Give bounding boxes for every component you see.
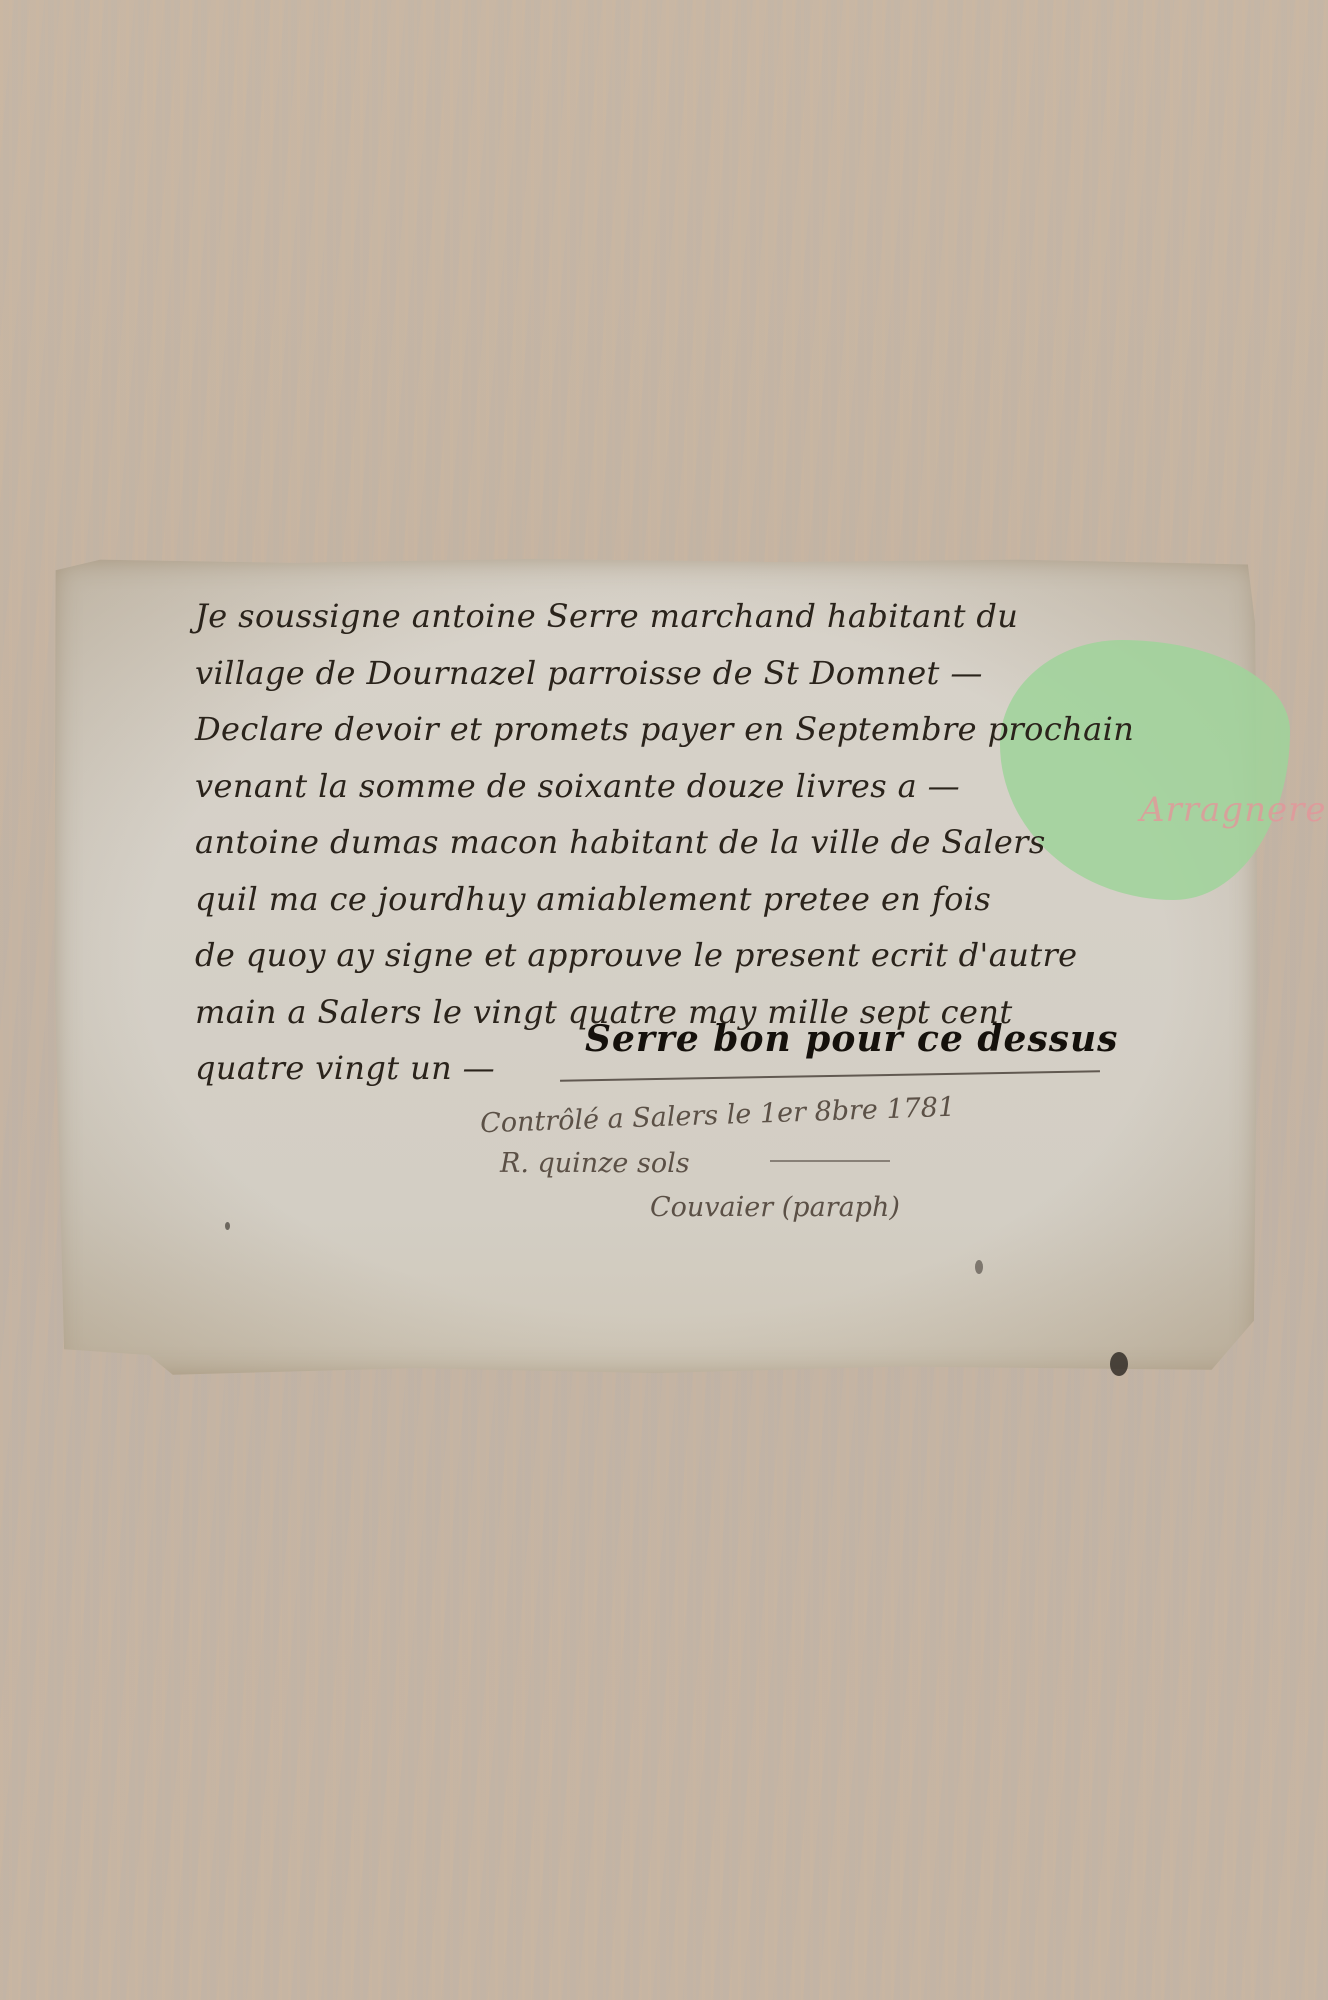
- body-line: antoine dumas macon habitant de la ville…: [195, 814, 1255, 871]
- body-line: village de Dournazel parroisse de St Dom…: [195, 645, 1255, 702]
- body-line: de quoy ay signe et approuve le present …: [195, 927, 1255, 984]
- signature: Serre bon pour ce dessus: [585, 1018, 1118, 1060]
- body-line: Declare devoir et promets payer en Septe…: [195, 701, 1255, 758]
- ink-speck: [975, 1260, 983, 1274]
- control-annotation-line3: Couvaier (paraph): [650, 1192, 900, 1223]
- body-line: quil ma ce jourdhuy amiablement pretee e…: [195, 871, 1255, 928]
- ink-speck: [225, 1222, 230, 1230]
- body-line: Je soussigne antoine Serre marchand habi…: [195, 588, 1255, 645]
- annotation-underline: [770, 1160, 890, 1162]
- body-line: venant la somme de soixante douze livres…: [195, 758, 1255, 815]
- control-annotation-line2: R. quinze sols: [500, 1148, 690, 1179]
- ink-stain: [1110, 1352, 1128, 1376]
